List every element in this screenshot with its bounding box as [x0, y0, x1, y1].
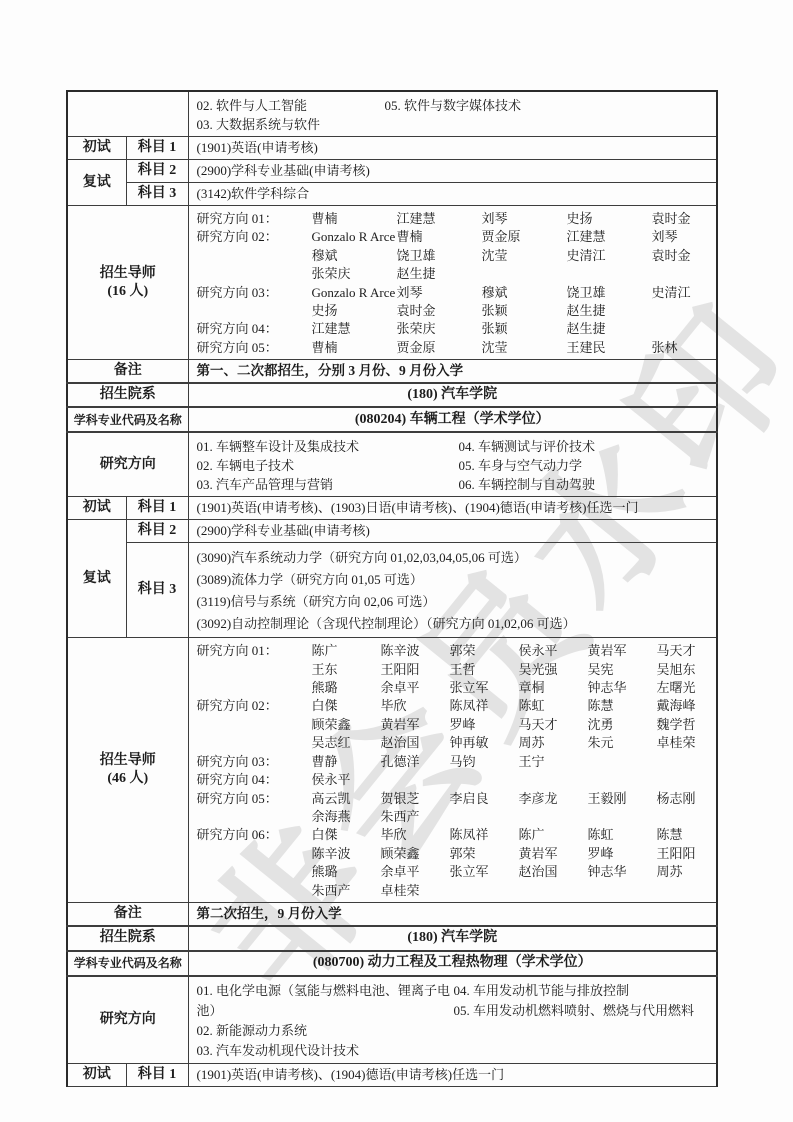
- tutor-name: 白傑: [312, 697, 381, 715]
- tutor-line: 王东王阳阳王哲吴光强吴宪吴旭东: [197, 661, 709, 679]
- tutor-name: 杨志刚: [657, 790, 718, 808]
- tutor-name: 饶卫雄: [567, 284, 652, 302]
- tutor-line: 吴志红赵治国钟再敏周苏朱元卓桂荣: [197, 734, 709, 752]
- tutor-direction-label: [197, 679, 312, 697]
- list-line: 03. 汽车产品管理与营销: [197, 475, 459, 494]
- list-line: (3092)自动控制理论（含现代控制理论）（研究方向 01,02,06 可选）: [197, 613, 709, 635]
- s2-subject2-label: 科目 2: [126, 520, 188, 543]
- s1-subject1-label: 科目 1: [126, 137, 188, 160]
- s2-subject3-value: (3090)汽车系统动力学（研究方向 01,02,03,04,05,06 可选）…: [188, 543, 717, 638]
- tutor-name: 黄岩军: [588, 642, 657, 660]
- tutor-name: 黄岩军: [519, 845, 588, 863]
- tutor-name: 熊璐: [312, 679, 381, 697]
- list-line: 02. 软件与人工智能: [197, 96, 385, 115]
- s2-subject2-value: (2900)学科专业基础(申请考核): [188, 520, 717, 543]
- s2-tutors-count: (46 人): [70, 770, 186, 788]
- s1-directions-right: 05. 软件与数字媒体技术: [385, 96, 709, 115]
- tutor-name: 江建慧: [397, 210, 482, 228]
- tutor-line: 研究方向 05：高云凯贺银芝李启良李彦龙王毅刚杨志刚: [197, 790, 709, 808]
- tutor-name: 王哲: [450, 661, 519, 679]
- tutor-name: 魏学哲: [657, 716, 718, 734]
- tutor-name: 马天才: [657, 642, 718, 660]
- tutor-name: 罗峰: [450, 716, 519, 734]
- s2-directions-left: 01. 车辆整车设计及集成技术02. 车辆电子技术03. 汽车产品管理与营销: [197, 437, 459, 494]
- list-line: (3119)信号与系统（研究方向 02,06 可选）: [197, 591, 709, 613]
- tutor-name: 赵治国: [519, 863, 588, 881]
- tutor-name: 贾金原: [482, 228, 567, 246]
- s2-major-code-label: 学科专业代码及名称: [67, 407, 188, 432]
- tutor-name: 周苏: [657, 863, 718, 881]
- tutor-name: 曹楠: [312, 339, 397, 357]
- tutor-name: 张立军: [450, 679, 519, 697]
- s2-subject3-label: 科目 3: [126, 543, 188, 638]
- tutor-name: 袁时金: [397, 302, 482, 320]
- admissions-table: 02. 软件与人工智能03. 大数据系统与软件 05. 软件与数字媒体技术 初试…: [66, 90, 718, 1087]
- tutor-name: 朱西产: [381, 808, 450, 826]
- tutor-line: 朱西产卓桂荣: [197, 882, 709, 900]
- tutor-name: 刘琴: [397, 284, 482, 302]
- tutor-name: 史扬: [567, 210, 652, 228]
- tutor-name: 袁时金: [652, 247, 718, 265]
- tutor-name: 余卓平: [381, 679, 450, 697]
- tutor-name: 穆斌: [482, 284, 567, 302]
- tutor-name: 侯永平: [519, 642, 588, 660]
- s3-subject1-label: 科目 1: [126, 1063, 188, 1086]
- tutor-name: 曹楠: [397, 228, 482, 246]
- s1-tutors-cell: 研究方向 01：曹楠江建慧刘琴史扬袁时金研究方向 02：Gonzalo R Ar…: [188, 206, 717, 360]
- s3-major-code-value: (080700) 动力工程及工程热物理（学术学位）: [188, 951, 717, 976]
- tutor-name: 吴宪: [588, 661, 657, 679]
- tutor-name: 钟再敏: [450, 734, 519, 752]
- s2-department-label: 招生院系: [67, 383, 188, 407]
- tutor-name: 沈勇: [588, 716, 657, 734]
- tutor-name: 孔德洋: [381, 753, 450, 771]
- tutor-name: 钟志华: [588, 679, 657, 697]
- tutor-line: 研究方向 04：江建慧张荣庆张颖赵生捷: [197, 320, 709, 338]
- tutor-line: 顾荣鑫黄岩军罗峰马天才沈勇魏学哲: [197, 716, 709, 734]
- tutor-direction-label: 研究方向 06：: [197, 826, 312, 844]
- tutor-name: 毕欣: [381, 826, 450, 844]
- tutor-name: 陈慧: [588, 697, 657, 715]
- tutor-direction-label: [197, 845, 312, 863]
- tutor-direction-label: 研究方向 05：: [197, 339, 312, 357]
- tutor-name: 王阳阳: [381, 661, 450, 679]
- s1-subject2-value: (2900)学科专业基础(申请考核): [188, 160, 717, 183]
- s3-major-code-label: 学科专业代码及名称: [67, 951, 188, 976]
- tutor-name: 赵生捷: [567, 302, 652, 320]
- tutor-name: 熊璐: [312, 863, 381, 881]
- s1-remark-value: 第一、二次都招生，分别 3 月份、9 月份入学: [188, 360, 717, 384]
- tutor-name: 卓桂荣: [657, 734, 718, 752]
- tutor-name: 吴旭东: [657, 661, 718, 679]
- tutor-direction-label: 研究方向 05：: [197, 790, 312, 808]
- tutor-direction-label: 研究方向 03：: [197, 284, 312, 302]
- tutor-line: 研究方向 02：白傑毕欣陈凤祥陈虹陈慧戴海峰: [197, 697, 709, 715]
- tutor-name: 王建民: [567, 339, 652, 357]
- s3-department-label: 招生院系: [67, 926, 188, 951]
- s2-major-code-value: (080204) 车辆工程（学术学位）: [188, 407, 717, 432]
- tutor-name: 赵生捷: [567, 320, 652, 338]
- tutor-name: 顾荣鑫: [312, 716, 381, 734]
- tutor-name: 张立军: [450, 863, 519, 881]
- s2-tutors-label: 招生导师 (46 人): [67, 638, 188, 903]
- s2-directions-cell: 01. 车辆整车设计及集成技术02. 车辆电子技术03. 汽车产品管理与营销 0…: [188, 432, 717, 497]
- tutor-name: 章桐: [519, 679, 588, 697]
- s3-department-value: (180) 汽车学院: [188, 926, 717, 951]
- s1-second-exam-label: 复试: [67, 160, 126, 206]
- list-line: (3090)汽车系统动力学（研究方向 01,02,03,04,05,06 可选）: [197, 547, 709, 569]
- s3-directions-label: 研究方向: [67, 976, 188, 1064]
- tutor-name: 朱西产: [312, 882, 381, 900]
- tutor-name: 吴志红: [312, 734, 381, 752]
- tutor-line: 研究方向 04：侯永平: [197, 771, 709, 789]
- tutor-name: 史清江: [652, 284, 718, 302]
- tutor-direction-label: 研究方向 02：: [197, 697, 312, 715]
- tutor-name: 戴海峰: [657, 697, 718, 715]
- tutor-name: 王东: [312, 661, 381, 679]
- tutor-name: 吴光强: [519, 661, 588, 679]
- s1-subject3-value: (3142)软件学科综合: [188, 183, 717, 206]
- s2-remark-label: 备注: [67, 902, 188, 926]
- tutor-line: 熊璐余卓平张立军赵治国钟志华周苏: [197, 863, 709, 881]
- scanned-admissions-page: { "watermark": "非会员水印", "labels": { "fir…: [0, 0, 793, 1122]
- tutor-line: 张荣庆赵生捷: [197, 265, 709, 283]
- tutor-name: 贺银芝: [381, 790, 450, 808]
- tutor-name: 袁时金: [652, 210, 718, 228]
- tutor-name: 张颖: [482, 320, 567, 338]
- tutor-direction-label: [197, 863, 312, 881]
- list-line: 05. 车身与空气动力学: [459, 456, 709, 475]
- s1-subject2-label: 科目 2: [126, 160, 188, 183]
- tutor-name: 张荣庆: [397, 320, 482, 338]
- tutor-name: 陈凤祥: [450, 697, 519, 715]
- s3-directions-left: 01. 电化学电源（氢能与燃料电池、锂离子电池）02. 新能源动力系统03. 汽…: [197, 981, 454, 1061]
- tutor-name: 饶卫雄: [397, 247, 482, 265]
- s3-directions-cell: 01. 电化学电源（氢能与燃料电池、锂离子电池）02. 新能源动力系统03. 汽…: [188, 976, 717, 1064]
- s1-directions-left: 02. 软件与人工智能03. 大数据系统与软件: [197, 96, 385, 134]
- s3-subject1-value: (1901)英语(申请考核)、(1904)德语(申请考核)任选一门: [188, 1063, 717, 1086]
- s2-second-exam-label: 复试: [67, 520, 126, 638]
- tutor-name: 余海燕: [312, 808, 381, 826]
- tutor-name: 史扬: [312, 302, 397, 320]
- empty-label-cell: [67, 91, 188, 137]
- tutor-name: 陈辛波: [381, 642, 450, 660]
- tutor-direction-label: [197, 734, 312, 752]
- tutor-name: 毕欣: [381, 697, 450, 715]
- list-line: (3089)流体力学（研究方向 01,05 可选）: [197, 569, 709, 591]
- tutor-line: 研究方向 01：陈广陈辛波郭荣侯永平黄岩军马天才: [197, 642, 709, 660]
- s1-subject1-value: (1901)英语(申请考核): [188, 137, 717, 160]
- tutor-direction-label: [197, 661, 312, 679]
- tutor-name: 刘琴: [652, 228, 718, 246]
- s2-first-exam-label: 初试: [67, 497, 126, 520]
- tutor-name: 马钧: [450, 753, 519, 771]
- s2-directions-label: 研究方向: [67, 432, 188, 497]
- s2-directions-right: 04. 车辆测试与评价技术05. 车身与空气动力学06. 车辆控制与自动驾驶: [459, 437, 709, 494]
- list-line: 03. 汽车发动机现代设计技术: [197, 1041, 454, 1061]
- list-line: 01. 车辆整车设计及集成技术: [197, 437, 459, 456]
- tutor-name: 陈辛波: [312, 845, 381, 863]
- s3-directions-right: 04. 车用发动机节能与排放控制05. 车用发动机燃料喷射、燃烧与代用燃料: [454, 981, 709, 1021]
- tutor-direction-label: 研究方向 02：: [197, 228, 312, 246]
- tutor-direction-label: [197, 247, 312, 265]
- tutor-name: 陈虹: [588, 826, 657, 844]
- tutor-name: 沈莹: [482, 339, 567, 357]
- tutor-name: 王阳阳: [657, 845, 718, 863]
- list-line: 02. 车辆电子技术: [197, 456, 459, 475]
- tutor-name: 江建慧: [567, 228, 652, 246]
- tutor-name: 钟志华: [588, 863, 657, 881]
- tutor-name: 郭荣: [450, 642, 519, 660]
- tutor-direction-label: 研究方向 04：: [197, 771, 312, 789]
- list-line: 05. 软件与数字媒体技术: [385, 96, 709, 115]
- tutor-name: 陈广: [312, 642, 381, 660]
- tutor-name: 曹楠: [312, 210, 397, 228]
- tutor-line: 史扬袁时金张颖赵生捷: [197, 302, 709, 320]
- tutor-name: 赵治国: [381, 734, 450, 752]
- list-line: 04. 车辆测试与评价技术: [459, 437, 709, 456]
- tutor-name: 黄岩军: [381, 716, 450, 734]
- tutor-name: 陈凤祥: [450, 826, 519, 844]
- tutor-name: 顾荣鑫: [381, 845, 450, 863]
- tutor-name: 李彦龙: [519, 790, 588, 808]
- s1-tutors-title: 招生导师: [70, 265, 186, 283]
- s1-first-exam-label: 初试: [67, 137, 126, 160]
- tutor-name: 高云凯: [312, 790, 381, 808]
- tutor-name: Gonzalo R Arce: [312, 228, 397, 246]
- list-line: 04. 车用发动机节能与排放控制: [454, 981, 709, 1001]
- tutor-line: 研究方向 01：曹楠江建慧刘琴史扬袁时金: [197, 210, 709, 228]
- list-line: 06. 车辆控制与自动驾驶: [459, 475, 709, 494]
- tutor-name: 郭荣: [450, 845, 519, 863]
- tutor-direction-label: [197, 716, 312, 734]
- s1-remark-label: 备注: [67, 360, 188, 384]
- tutor-line: 研究方向 03：曹静孔德洋马钧王宁: [197, 753, 709, 771]
- tutor-name: 史清江: [567, 247, 652, 265]
- tutor-name: 马天才: [519, 716, 588, 734]
- tutor-line: 研究方向 06：白傑毕欣陈凤祥陈广陈虹陈慧: [197, 826, 709, 844]
- s2-tutors-title: 招生导师: [70, 752, 186, 770]
- tutor-name: 贾金原: [397, 339, 482, 357]
- tutor-direction-label: 研究方向 03：: [197, 753, 312, 771]
- tutor-direction-label: 研究方向 01：: [197, 210, 312, 228]
- tutor-name: 陈虹: [519, 697, 588, 715]
- s2-tutors-cell: 研究方向 01：陈广陈辛波郭荣侯永平黄岩军马天才王东王阳阳王哲吴光强吴宪吴旭东熊…: [188, 638, 717, 903]
- tutor-name: 侯永平: [312, 771, 381, 789]
- tutor-name: Gonzalo R Arce: [312, 284, 397, 302]
- tutor-name: 白傑: [312, 826, 381, 844]
- s1-directions-cell: 02. 软件与人工智能03. 大数据系统与软件 05. 软件与数字媒体技术: [188, 91, 717, 137]
- s2-subject1-value: (1901)英语(申请考核)、(1903)日语(申请考核)、(1904)德语(申…: [188, 497, 717, 520]
- tutor-direction-label: [197, 265, 312, 283]
- tutor-name: 张颖: [482, 302, 567, 320]
- tutor-name: 江建慧: [312, 320, 397, 338]
- tutor-name: 左曙光: [657, 679, 718, 697]
- list-line: 01. 电化学电源（氢能与燃料电池、锂离子电池）: [197, 981, 454, 1021]
- tutor-name: 刘琴: [482, 210, 567, 228]
- tutor-name: 张荣庆: [312, 265, 397, 283]
- s3-first-exam-label: 初试: [67, 1063, 126, 1086]
- tutor-name: 赵生捷: [397, 265, 482, 283]
- tutor-name: 曹静: [312, 753, 381, 771]
- tutor-name: 王宁: [519, 753, 588, 771]
- s2-remark-value: 第二次招生，9 月份入学: [188, 902, 717, 926]
- tutor-name: 卓桂荣: [381, 882, 450, 900]
- tutor-line: 研究方向 05：曹楠贾金原沈莹王建民张林: [197, 339, 709, 357]
- s1-tutors-count: (16 人): [70, 283, 186, 301]
- list-line: 03. 大数据系统与软件: [197, 115, 385, 134]
- list-line: 02. 新能源动力系统: [197, 1021, 454, 1041]
- tutor-direction-label: [197, 808, 312, 826]
- tutor-direction-label: [197, 882, 312, 900]
- tutor-name: 穆斌: [312, 247, 397, 265]
- tutor-line: 穆斌饶卫雄沈莹史清江袁时金张林: [197, 247, 709, 265]
- tutor-name: 张林: [652, 339, 718, 357]
- tutor-name: 沈莹: [482, 247, 567, 265]
- list-line: 05. 车用发动机燃料喷射、燃烧与代用燃料: [454, 1001, 709, 1021]
- tutor-direction-label: 研究方向 01：: [197, 642, 312, 660]
- tutor-direction-label: [197, 302, 312, 320]
- s1-tutors-label: 招生导师 (16 人): [67, 206, 188, 360]
- tutor-line: 熊璐余卓平张立军章桐钟志华左曙光: [197, 679, 709, 697]
- tutor-name: 周苏: [519, 734, 588, 752]
- tutor-direction-label: 研究方向 04：: [197, 320, 312, 338]
- tutor-line: 研究方向 03：Gonzalo R Arce刘琴穆斌饶卫雄史清江: [197, 284, 709, 302]
- tutor-name: 余卓平: [381, 863, 450, 881]
- tutor-name: 李启良: [450, 790, 519, 808]
- tutor-line: 陈辛波顾荣鑫郭荣黄岩军罗峰王阳阳: [197, 845, 709, 863]
- tutor-name: 罗峰: [588, 845, 657, 863]
- s2-subject1-label: 科目 1: [126, 497, 188, 520]
- tutor-line: 余海燕朱西产: [197, 808, 709, 826]
- tutor-name: 朱元: [588, 734, 657, 752]
- tutor-name: 陈慧: [657, 826, 718, 844]
- tutor-name: 王毅刚: [588, 790, 657, 808]
- s1-subject3-label: 科目 3: [126, 183, 188, 206]
- tutor-name: 陈广: [519, 826, 588, 844]
- s2-department-value: (180) 汽车学院: [188, 383, 717, 407]
- tutor-line: 研究方向 02：Gonzalo R Arce曹楠贾金原江建慧刘琴: [197, 228, 709, 246]
